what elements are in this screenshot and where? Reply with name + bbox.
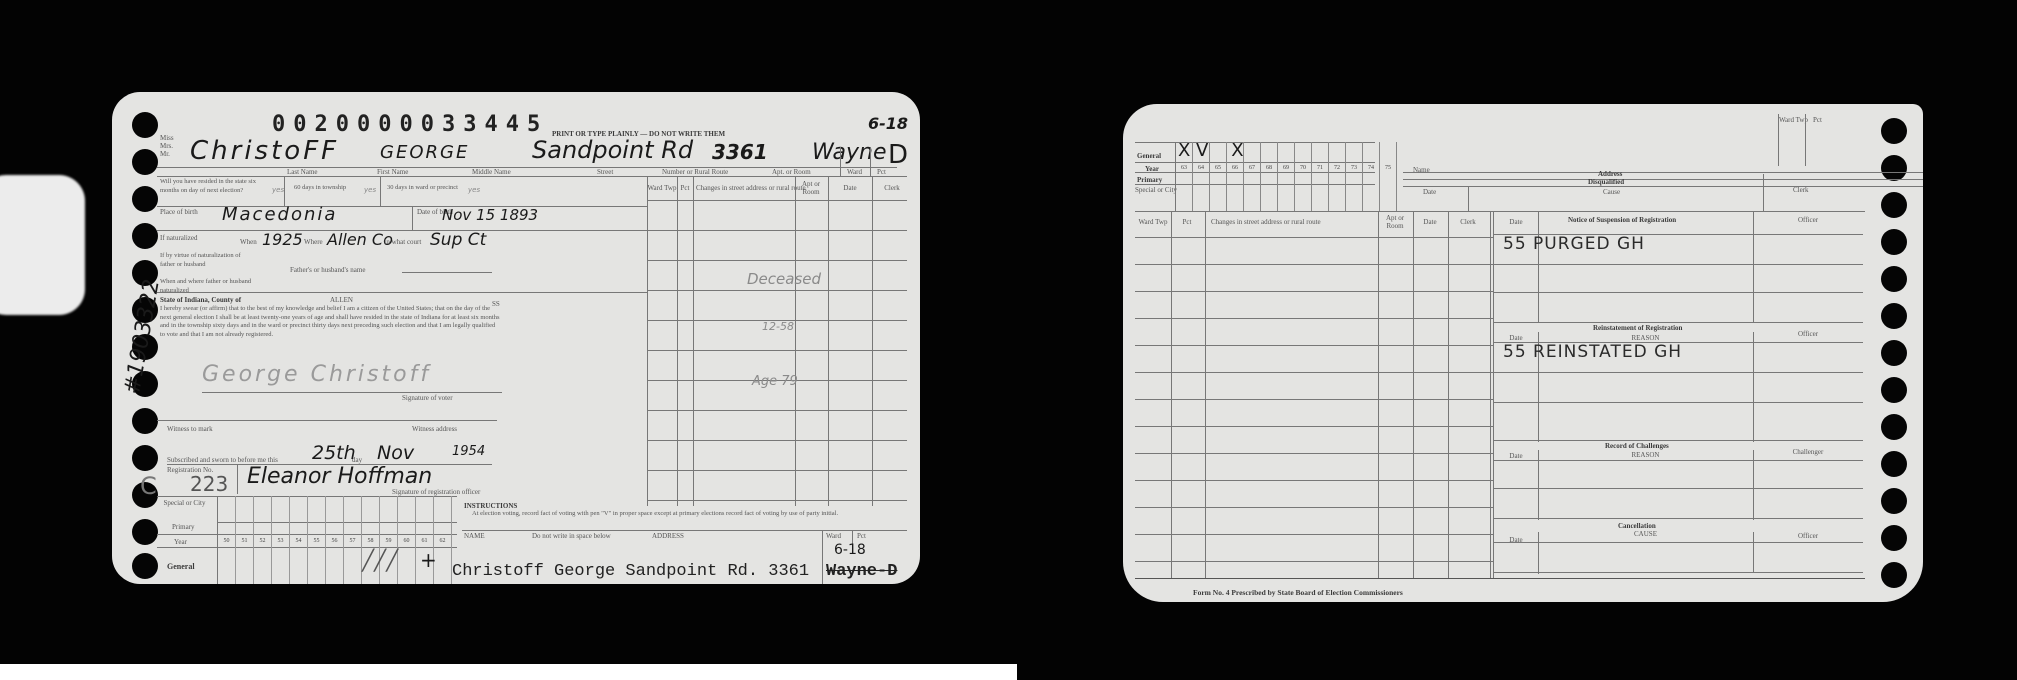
reinstatement-header-date: Date xyxy=(1495,334,1537,342)
back-general-vote-marks: X V X xyxy=(1178,140,1244,161)
back-grid-year: 69 xyxy=(1278,165,1294,171)
margin-registration-note: #1903322 xyxy=(120,277,165,396)
grid-year: 52 xyxy=(254,538,271,544)
number-label: Number or Rural Route xyxy=(662,168,728,176)
date-of-birth: Nov 15 1893 xyxy=(442,206,538,224)
challenges-header-date: Date xyxy=(1495,452,1537,460)
oath-text: I hereby swear (or affirm) that to the b… xyxy=(160,305,500,339)
back-grid-label-primary: Primary xyxy=(1137,176,1162,184)
punch-hole xyxy=(1881,266,1907,292)
punch-hole xyxy=(132,223,158,249)
cancellation-title: Cancellation xyxy=(1618,522,1656,530)
street-number: 3361 xyxy=(712,140,768,164)
changes-header-clerk: Clerk xyxy=(872,184,912,192)
ward-label: Ward xyxy=(847,168,862,176)
punch-hole xyxy=(1881,155,1907,181)
grid-year: 62 xyxy=(434,538,451,544)
back-grid-year: 70 xyxy=(1295,165,1311,171)
reinstatement-header-officer: Officer xyxy=(1753,330,1863,338)
back-changes-apt: Apt or Room xyxy=(1378,214,1412,230)
grid-year: 55 xyxy=(308,538,325,544)
punch-hole xyxy=(132,553,158,579)
registration-number: 223 xyxy=(190,472,228,496)
punch-hole xyxy=(1881,229,1907,255)
suspension-stamp: 55 PURGED GH xyxy=(1503,234,1645,254)
naturalized-when: 1925 xyxy=(262,230,303,249)
stub-township: Wayne-D xyxy=(826,562,897,581)
voter-signature-label: Signature of voter xyxy=(402,394,453,402)
place-of-birth: Macedonia xyxy=(222,204,337,225)
grid-label-special: Special or City xyxy=(162,499,207,507)
back-changes-ward: Ward Twp xyxy=(1135,218,1171,226)
changes-header-date: Date xyxy=(828,184,872,192)
changes-header-pct: Pct xyxy=(677,184,693,192)
subscribed-day: 25th xyxy=(312,442,356,464)
cancellation-header-officer: Officer xyxy=(1753,532,1863,540)
changes-entry-deceased: Deceased xyxy=(747,270,821,288)
grid-year: 50 xyxy=(218,538,235,544)
back-ward-twp-label: Ward Twp xyxy=(1779,116,1805,124)
residency-question-ward: 30 days in ward or precinct xyxy=(387,184,467,193)
father-husband-label: If by virtue of naturalization of father… xyxy=(160,252,250,269)
back-changes-address: Changes in street address or rural route xyxy=(1211,218,1321,226)
punch-hole xyxy=(1881,192,1907,218)
stub-pct-label: Pct xyxy=(857,532,866,540)
county-value: ALLEN xyxy=(330,296,353,304)
street-name: Sandpoint Rd xyxy=(532,136,693,164)
suspension-header-notice: Notice of Suspension of Registration xyxy=(1568,216,1676,224)
residency-answer-state: yes xyxy=(272,186,284,194)
changes-header-address: Changes in street address or rural route xyxy=(696,184,806,192)
residency-answer-ward: yes xyxy=(468,186,480,194)
last-name-label: Last Name xyxy=(287,168,318,176)
grid-year: 51 xyxy=(236,538,253,544)
challenges-title: Record of Challenges xyxy=(1605,442,1669,450)
witness-label: Witness to mark xyxy=(167,425,213,433)
general-vote-marks: ╱╱╱ xyxy=(362,548,398,572)
reinstatement-header-reason: REASON xyxy=(1538,334,1753,342)
residency-answer-township: yes xyxy=(364,186,376,194)
margin-letter: C xyxy=(140,472,157,500)
punch-hole xyxy=(1881,525,1907,551)
naturalized-court: Sup Ct xyxy=(430,230,486,250)
witness-address-label: Witness address xyxy=(412,425,457,433)
naturalized-when-label: When xyxy=(240,238,257,246)
date-of-birth-label: Date of birth xyxy=(417,208,441,216)
back-disqualified-label: Disqualified xyxy=(1588,178,1624,186)
registration-card-back: General Year Primary Special or City 63 … xyxy=(1123,104,1923,602)
stub-name-label: NAME xyxy=(464,532,485,540)
punch-hole xyxy=(132,408,158,434)
back-grid-year: 75 xyxy=(1380,165,1396,171)
place-of-birth-label: Place of birth xyxy=(160,208,190,216)
back-pct-label: Pct xyxy=(1813,116,1822,124)
bottom-white-strip xyxy=(0,664,1017,680)
registration-card-front: 0020000033445 PRINT OR TYPE PLAINLY — DO… xyxy=(112,92,920,584)
grid-label-general: General xyxy=(167,562,195,571)
pct-value: D xyxy=(888,140,908,170)
back-grid-year: 67 xyxy=(1244,165,1260,171)
punch-hole xyxy=(132,519,158,545)
back-changes-pct: Pct xyxy=(1171,218,1203,226)
ward-value: 6-18 xyxy=(868,114,908,133)
suspension-header-officer: Officer xyxy=(1753,216,1863,224)
punch-hole xyxy=(1881,451,1907,477)
grid-year: 56 xyxy=(326,538,343,544)
serial-number: 0020000033445 xyxy=(272,112,548,137)
grid-label-year: Year xyxy=(174,538,187,546)
state-county-label: State of Indiana, County of xyxy=(160,296,241,304)
stub-ward-value: 6-18 xyxy=(834,542,866,558)
back-changes-date: Date xyxy=(1413,218,1447,226)
back-grid-year: 74 xyxy=(1363,165,1379,171)
pct-label: Pct xyxy=(877,168,886,176)
grid-year: 57 xyxy=(344,538,361,544)
subscribed-label: Subscribed and sworn to before me this xyxy=(167,456,278,464)
township-name: Wayne xyxy=(812,140,887,165)
punch-hole xyxy=(132,445,158,471)
punch-hole xyxy=(1881,377,1907,403)
first-name-label: First Name xyxy=(377,168,408,176)
card-tab-edge xyxy=(0,175,85,315)
subscribed-month: Nov xyxy=(377,442,414,464)
officer-signature: Eleanor Hoffman xyxy=(247,464,432,489)
father-husband-name-label: Father's or husband's name xyxy=(290,266,365,274)
back-grid-year: 72 xyxy=(1329,165,1345,171)
back-grid-label-special: Special or City xyxy=(1135,186,1177,194)
back-date-label: Date xyxy=(1423,188,1436,196)
stub-address-label: ADDRESS xyxy=(652,532,684,540)
grid-year: 59 xyxy=(380,538,397,544)
punch-hole xyxy=(1881,488,1907,514)
back-grid-year: 66 xyxy=(1227,165,1243,171)
reinstatement-title: Reinstatement of Registration xyxy=(1593,324,1682,332)
naturalized-court-label: In what court xyxy=(384,238,421,246)
back-grid-year: 65 xyxy=(1210,165,1226,171)
back-grid-label-general: General xyxy=(1137,152,1161,160)
back-address-label: Address xyxy=(1598,170,1622,178)
naturalized-label: If naturalized xyxy=(160,234,220,242)
officer-signature-label: Signature of registration officer xyxy=(392,488,480,496)
punch-hole xyxy=(1881,414,1907,440)
stub-typed-name-address: Christoff George Sandpoint Rd. 3361 xyxy=(452,562,809,581)
day-label: day xyxy=(352,456,362,464)
punch-hole xyxy=(1881,303,1907,329)
punch-hole xyxy=(132,186,158,212)
suspension-header-date: Date xyxy=(1495,218,1537,226)
changes-entry-date: 12-58 xyxy=(762,320,794,333)
challenges-header-reason: REASON xyxy=(1538,451,1753,459)
back-grid-year: 68 xyxy=(1261,165,1277,171)
grid-year: 58 xyxy=(362,538,379,544)
residency-question-township: 60 days in township xyxy=(294,184,364,193)
stub-ward-label: Ward xyxy=(826,532,841,540)
last-name: ChristoFF xyxy=(190,136,339,166)
grid-label-primary: Primary xyxy=(172,523,195,531)
back-changes-clerk: Clerk xyxy=(1448,218,1488,226)
grid-year: 54 xyxy=(290,538,307,544)
back-grid-year: 73 xyxy=(1346,165,1362,171)
cancellation-header-cause: CAUSE xyxy=(1538,530,1753,538)
name-prefix-labels: MissMrs.Mr. xyxy=(160,134,180,158)
reinstatement-stamp: 55 REINSTATED GH xyxy=(1503,342,1682,362)
general-vote-mark-62: + xyxy=(420,548,437,572)
punch-hole xyxy=(1881,340,1907,366)
punch-hole xyxy=(132,149,158,175)
punch-hole xyxy=(1881,562,1907,588)
form-footer: Form No. 4 Prescribed by State Board of … xyxy=(1193,588,1403,597)
back-cause-label: Cause xyxy=(1603,188,1620,196)
instructions-text: At election voting, record fact of votin… xyxy=(472,510,872,519)
grid-year: 60 xyxy=(398,538,415,544)
subscribed-year: 1954 xyxy=(452,444,485,459)
street-label: Street xyxy=(597,168,613,176)
voter-signature: George Christoff xyxy=(202,362,431,387)
apt-label: Apt. or Room xyxy=(772,168,811,176)
middle-name-label: Middle Name xyxy=(472,168,511,176)
challenges-header-challenger: Challenger xyxy=(1753,448,1863,456)
grid-year: 61 xyxy=(416,538,433,544)
grid-year: 53 xyxy=(272,538,289,544)
naturalized-where: Allen Co xyxy=(327,230,393,249)
back-grid-year: 63 xyxy=(1176,165,1192,171)
punch-hole xyxy=(132,112,158,138)
back-clerk-label: Clerk xyxy=(1793,186,1809,194)
back-grid-year: 71 xyxy=(1312,165,1328,171)
back-grid-year: 64 xyxy=(1193,165,1209,171)
changes-header-ward: Ward Twp xyxy=(647,184,677,192)
stub-do-not-write: Do not write in space below xyxy=(532,532,611,540)
changes-header-apt: Apt or Room xyxy=(795,180,827,196)
residency-question-state: Will you have resided in the state six m… xyxy=(160,178,270,195)
punch-hole xyxy=(1881,118,1907,144)
instructions-title: INSTRUCTIONS xyxy=(464,502,517,510)
changes-entry-age: Age 79 xyxy=(752,374,798,389)
naturalized-where-label: Where xyxy=(304,238,323,246)
first-name: GEORGE xyxy=(380,142,469,163)
